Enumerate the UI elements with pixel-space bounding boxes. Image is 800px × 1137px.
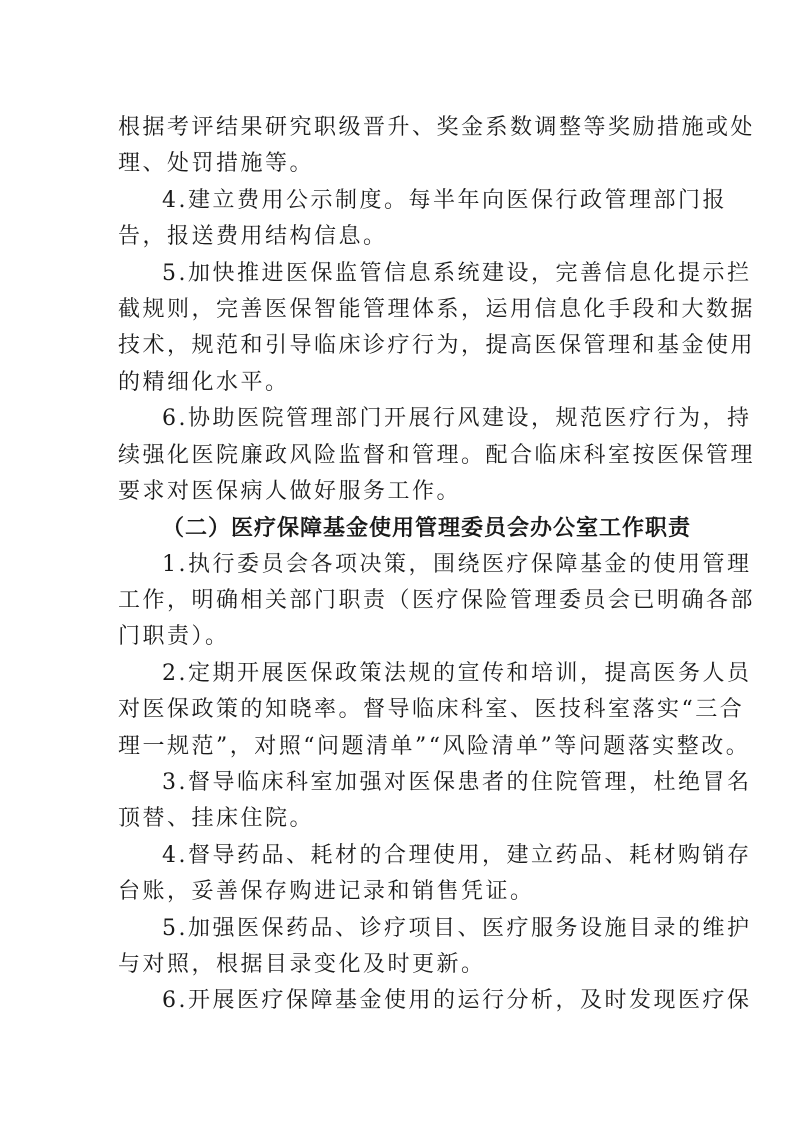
item-4-line: 4.建立费用公示制度。每半年向医保行政管理部门报: [118, 183, 684, 219]
item-2-line: 2.定期开展医保政策法规的宣传和培训，提高医务人员: [118, 656, 684, 692]
paragraph-line: 顶替、挂床住院。: [118, 801, 684, 837]
paragraph-line: 与对照，根据目录变化及时更新。: [118, 947, 684, 983]
paragraph-line: 续强化医院廉政风险监督和管理。配合临床科室按医保管理: [118, 438, 684, 474]
paragraph-line: 的精细化水平。: [118, 365, 684, 401]
paragraph-line: 门职责）。: [118, 619, 684, 655]
section-heading: （二）医疗保障基金使用管理委员会办公室工作职责: [118, 510, 684, 546]
item-6-line: 6.开展医疗保障基金使用的运行分析，及时发现医疗保: [118, 983, 684, 1019]
item-1-line: 1.执行委员会各项决策，围绕医疗保障基金的使用管理: [118, 547, 684, 583]
document-page: 根据考评结果研究职级晋升、奖金系数调整等奖励措施或处 理、处罚措施等。 4.建立…: [118, 110, 684, 1020]
paragraph-line: 根据考评结果研究职级晋升、奖金系数调整等奖励措施或处: [118, 110, 684, 146]
paragraph-line: 台账，妥善保存购进记录和销售凭证。: [118, 874, 684, 910]
item-5-line: 5.加强医保药品、诊疗项目、医疗服务设施目录的维护: [118, 911, 684, 947]
paragraph-line: 要求对医保病人做好服务工作。: [118, 474, 684, 510]
item-6-line: 6.协助医院管理部门开展行风建设，规范医疗行为，持: [118, 401, 684, 437]
paragraph-line: 理、处罚措施等。: [118, 146, 684, 182]
paragraph-line: 对医保政策的知晓率。督导临床科室、医技科室落实“三合: [118, 692, 684, 728]
item-5-line: 5.加快推进医保监管信息系统建设，完善信息化提示拦: [118, 256, 684, 292]
paragraph-line: 截规则，完善医保智能管理体系，运用信息化手段和大数据: [118, 292, 684, 328]
paragraph-line: 告，报送费用结构信息。: [118, 219, 684, 255]
item-3-line: 3.督导临床科室加强对医保患者的住院管理，杜绝冒名: [118, 765, 684, 801]
item-4-line: 4.督导药品、耗材的合理使用，建立药品、耗材购销存: [118, 838, 684, 874]
paragraph-line: 工作，明确相关部门职责（医疗保险管理委员会已明确各部: [118, 583, 684, 619]
paragraph-line: 技术，规范和引导临床诊疗行为，提高医保管理和基金使用: [118, 328, 684, 364]
paragraph-line: 理一规范”，对照“问题清单”“风险清单”等问题落实整改。: [118, 729, 684, 765]
